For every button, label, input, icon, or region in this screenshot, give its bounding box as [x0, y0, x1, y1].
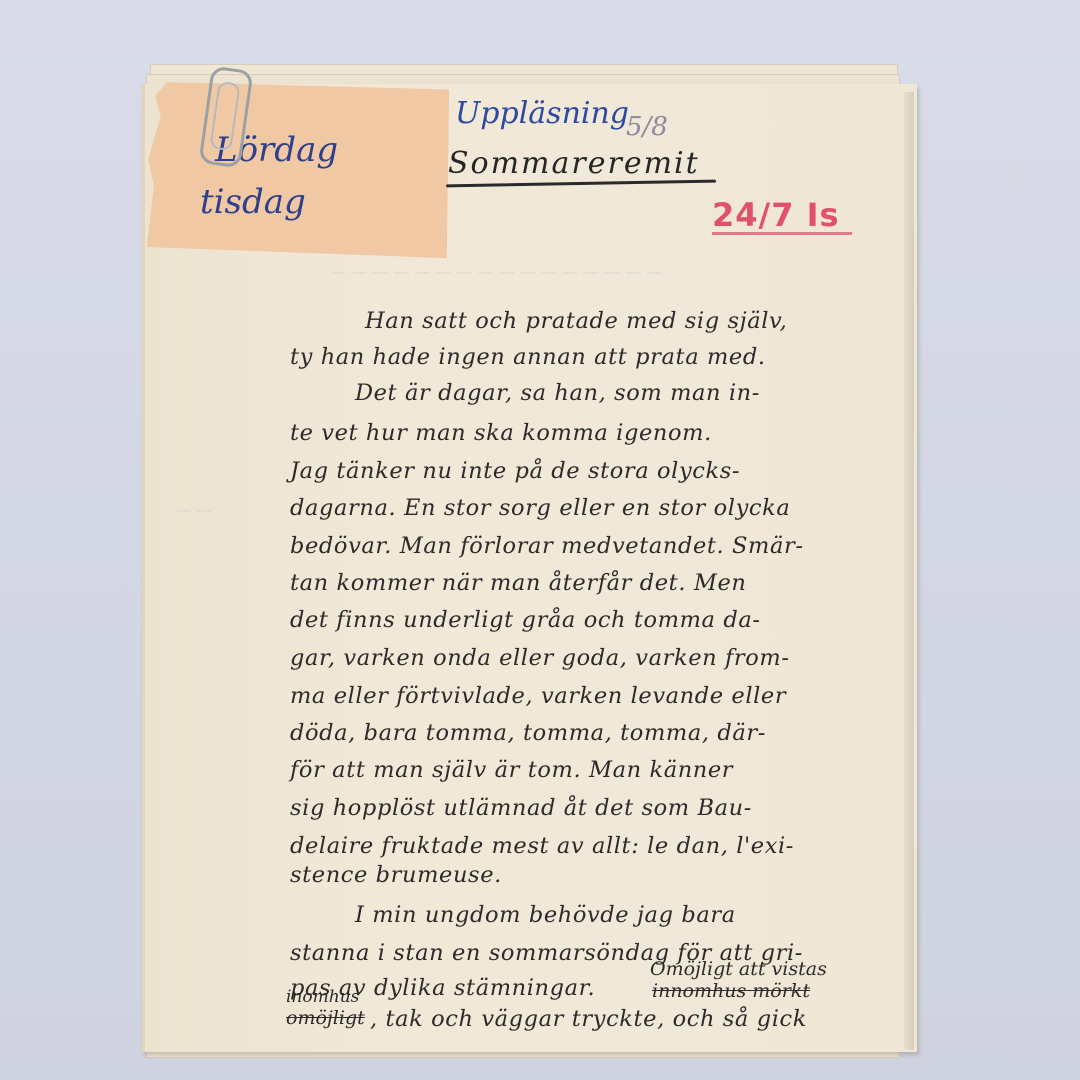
manuscript-line: dagarna. En stor sorg eller en stor olyc…	[290, 495, 790, 521]
manuscript-line: Han satt och pratade med sig själv,	[365, 308, 787, 334]
struck-text-2: omöjligt	[286, 1007, 365, 1029]
bleed-through-text: — — — — — — — — — — — — — — — —	[330, 262, 662, 281]
manuscript-line: delaire fruktade mest av allt: le dan, l…	[290, 833, 794, 859]
manuscript-line: sig hopplöst utlämnad åt det som Bau-	[290, 795, 752, 821]
attached-note	[147, 82, 449, 258]
manuscript-line: bedövar. Man förlorar medvetandet. Smär-	[290, 533, 804, 559]
manuscript-line: för att man själv är tom. Man känner	[290, 757, 733, 783]
manuscript-line: ma eller förtvivlade, varken levande ell…	[290, 683, 786, 709]
heading-upplasning: Uppläsning	[455, 96, 629, 131]
manuscript-line: det finns underligt gråa och tomma da-	[290, 607, 761, 633]
manuscript-line: I min ungdom behövde jag bara	[355, 902, 736, 928]
manuscript-line: gar, varken onda eller goda, varken from…	[290, 645, 790, 671]
manuscript-line: Det är dagar, sa han, som man in-	[355, 380, 760, 406]
margin-faint-text: — —	[175, 500, 212, 519]
struck-text: innomhus mörkt	[652, 980, 810, 1002]
page-edge	[904, 92, 914, 1050]
manuscript-line: te vet hur man ska komma igenom.	[290, 420, 712, 446]
note-line-2: tisdag	[200, 182, 306, 222]
manuscript-line: stence brumeuse.	[290, 862, 502, 888]
manuscript-last-line: , tak och väggar tryckte, och så gick	[370, 1006, 807, 1032]
insertion-left: inomhus	[286, 987, 359, 1007]
manuscript-line: tan kommer när man återfår det. Men	[290, 570, 746, 596]
heading-date: 5/8	[626, 112, 668, 142]
manuscript-line: ty han hade ingen annan att prata med.	[290, 344, 766, 370]
insertion-above: Omöjligt att vistas	[650, 958, 827, 980]
manuscript-title: Sommareremit	[448, 146, 700, 181]
date-stamp: 24/7 Is	[712, 196, 840, 234]
manuscript-line: döda, bara tomma, tomma, tomma, där-	[290, 720, 766, 746]
manuscript-line: Jag tänker nu inte på de stora olycks-	[290, 458, 740, 484]
stamp-underline	[712, 232, 852, 235]
